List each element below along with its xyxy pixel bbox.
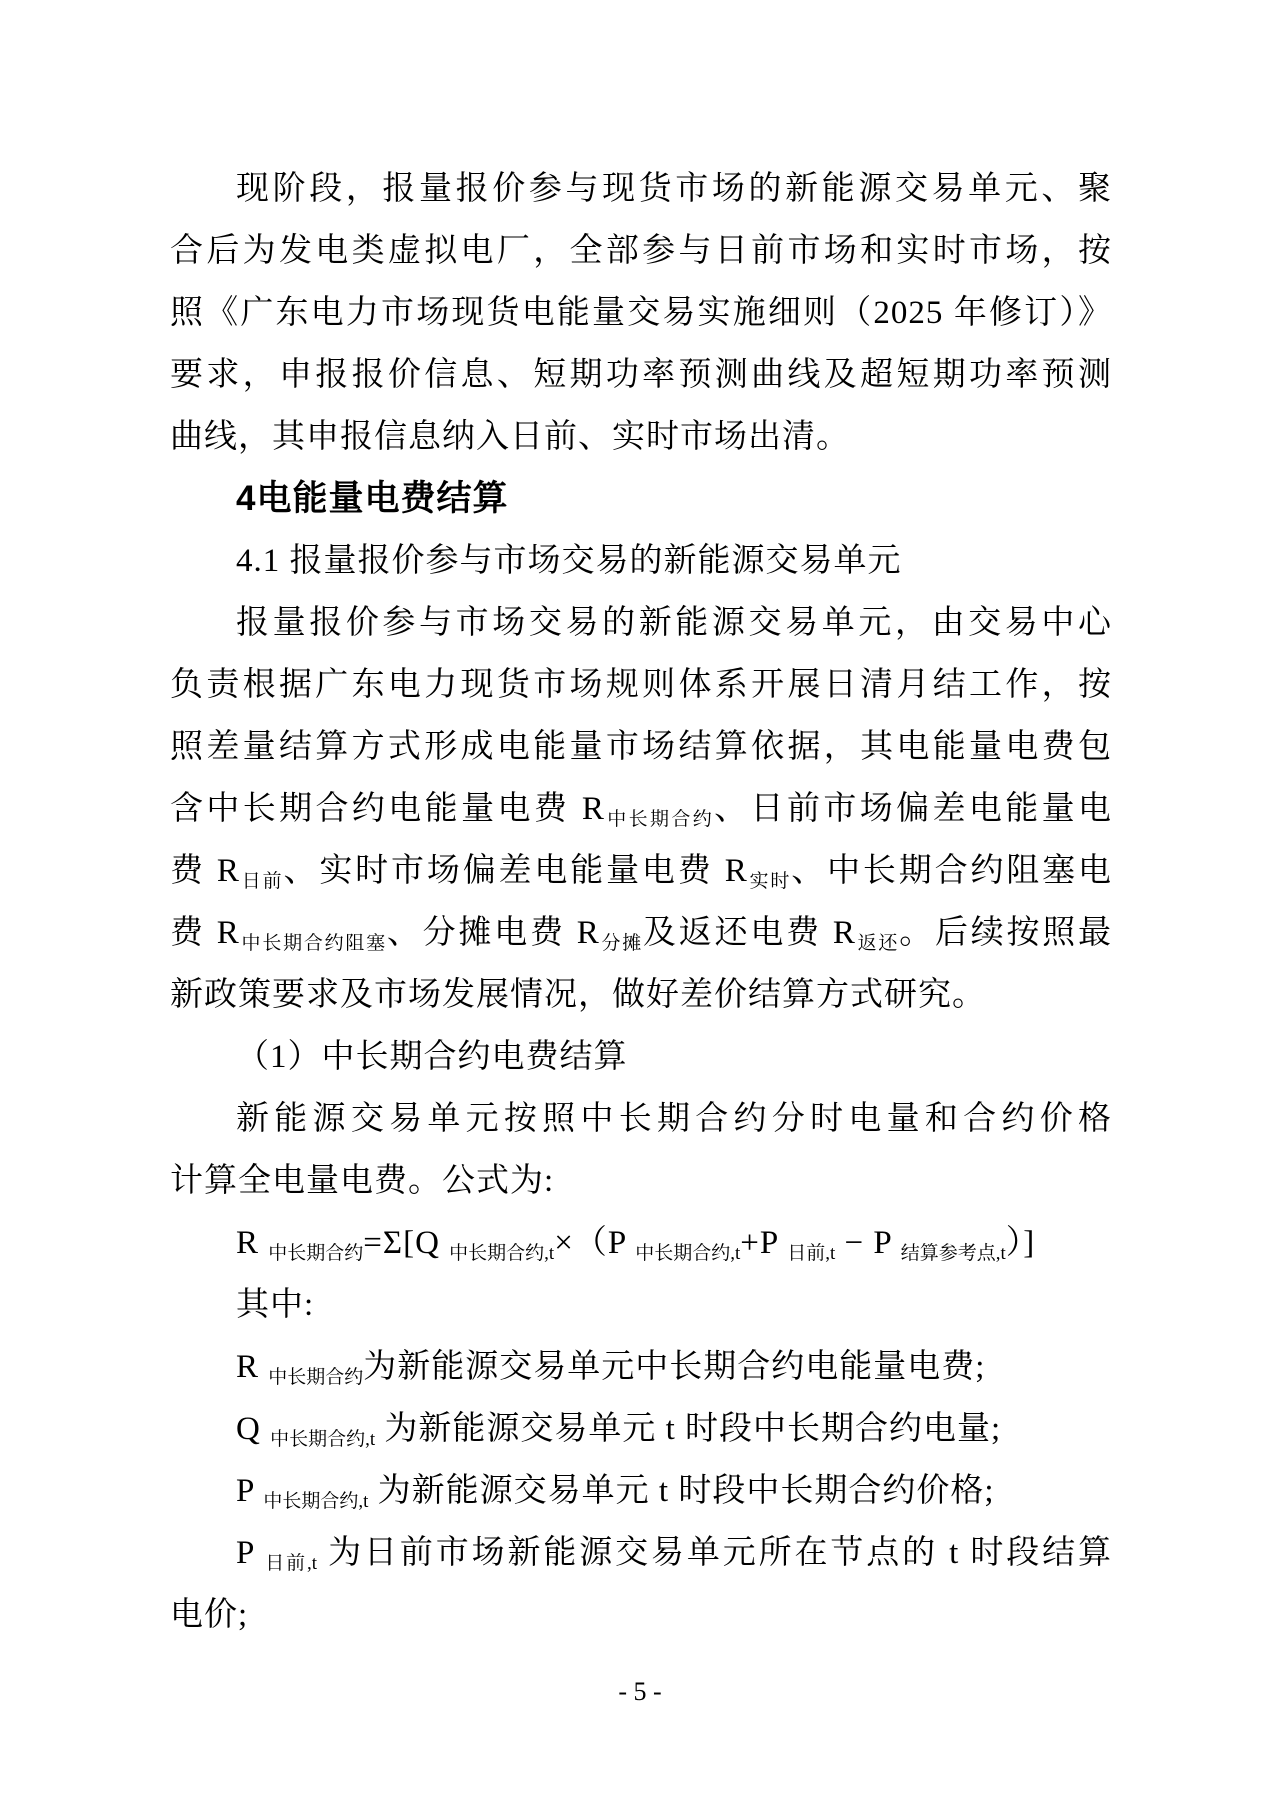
subscript-label: 中长期合约 (605, 809, 714, 830)
subscript-label: 中长期合约阻塞 (240, 933, 387, 954)
section-heading-4: 4电能量电费结算 (170, 468, 1112, 530)
subsection-heading-4-1: 4.1 报量报价参与市场交易的新能源交易单元 (170, 530, 1112, 592)
subscript-label: 日前,t (265, 1553, 317, 1574)
subscript-label: 中长期合约,t (263, 1491, 368, 1512)
text-line: P 日前,t 为日前市场新能源交易单元所在节点的 t 时段结算 (170, 1522, 1112, 1584)
definitions: 其中:R 中长期合约为新能源交易单元中长期合约电能量电费;Q 中长期合约,t 为… (170, 1274, 1112, 1646)
formula-intro-paragraph: 新能源交易单元按照中长期合约分时电量和合约价格计算全电量电费。公式为: (170, 1088, 1112, 1212)
page-number: - 5 - (0, 1672, 1280, 1712)
text-line: 新政策要求及市场发展情况，做好差价结算方式研究。 (170, 964, 1112, 1026)
subscript-label: 中长期合约,t (270, 1429, 375, 1450)
text-line: 含中长期合约电能量电费 R中长期合约、日前市场偏差电能量电 (170, 778, 1112, 840)
text-line: 合后为发电类虚拟电厂，全部参与日前市场和实时市场，按 (170, 220, 1112, 282)
subscript-label: 结算参考点,t (901, 1243, 1006, 1264)
text-line: 4.1 报量报价参与市场交易的新能源交易单元 (170, 530, 1112, 592)
text-line: （1）中长期合约电费结算 (170, 1026, 1112, 1088)
text-line: 费 R日前、实时市场偏差电能量电费 R实时、中长期合约阻塞电 (170, 840, 1112, 902)
text-line: 曲线，其申报信息纳入日前、实时市场出清。 (170, 406, 1112, 468)
text-line: P 中长期合约,t 为新能源交易单元 t 时段中长期合约价格; (170, 1460, 1112, 1522)
text-line: 负责根据广东电力现货市场规则体系开展日清月结工作，按 (170, 654, 1112, 716)
subscript-label: 实时 (748, 871, 792, 892)
subscript-label: 中长期合约 (268, 1243, 363, 1264)
text-line: 4电能量电费结算 (170, 468, 1112, 530)
text-line: 计算全电量电费。公式为: (170, 1150, 1112, 1212)
settlement-paragraph: 报量报价参与市场交易的新能源交易单元，由交易中心负责根据广东电力现货市场规则体系… (170, 592, 1112, 1026)
text-line: 要求，申报报价信息、短期功率预测曲线及超短期功率预测 (170, 344, 1112, 406)
text-line: 报量报价参与市场交易的新能源交易单元，由交易中心 (170, 592, 1112, 654)
document-content: 现阶段，报量报价参与现货市场的新能源交易单元、聚合后为发电类虚拟电厂，全部参与日… (170, 158, 1112, 1646)
text-line: 费 R中长期合约阻塞、分摊电费 R分摊及返还电费 R返还。后续按照最 (170, 902, 1112, 964)
document-page: 现阶段，报量报价参与现货市场的新能源交易单元、聚合后为发电类虚拟电厂，全部参与日… (0, 0, 1280, 1810)
subscript-label: 中长期合约,t (635, 1243, 740, 1264)
text-line: R 中长期合约为新能源交易单元中长期合约电能量电费; (170, 1336, 1112, 1398)
text-line: R 中长期合约=Σ[Q 中长期合约,t×（P 中长期合约,t+P 日前,t − … (170, 1212, 1112, 1274)
text-line: 现阶段，报量报价参与现货市场的新能源交易单元、聚 (170, 158, 1112, 220)
text-line: 新能源交易单元按照中长期合约分时电量和合约价格 (170, 1088, 1112, 1150)
text-line: 照差量结算方式形成电能量市场结算依据，其电能量电费包 (170, 716, 1112, 778)
text-line: 电价; (170, 1584, 1112, 1646)
intro-paragraph: 现阶段，报量报价参与现货市场的新能源交易单元、聚合后为发电类虚拟电厂，全部参与日… (170, 158, 1112, 468)
item-1-heading: （1）中长期合约电费结算 (170, 1026, 1112, 1088)
subscript-label: 分摊 (600, 933, 643, 954)
subscript-label: 返还 (856, 933, 899, 954)
subscript-label: 中长期合约 (268, 1367, 363, 1388)
text-line: Q 中长期合约,t 为新能源交易单元 t 时段中长期合约电量; (170, 1398, 1112, 1460)
subscript-label: 日前,t (787, 1243, 835, 1264)
subscript-label: 日前 (240, 871, 284, 892)
text-line: 其中: (170, 1274, 1112, 1336)
text-line: 照《广东电力市场现货电能量交易实施细则（2025 年修订）》 (170, 282, 1112, 344)
midlong-contract-formula: R 中长期合约=Σ[Q 中长期合约,t×（P 中长期合约,t+P 日前,t − … (170, 1212, 1112, 1274)
subscript-label: 中长期合约,t (449, 1243, 554, 1264)
